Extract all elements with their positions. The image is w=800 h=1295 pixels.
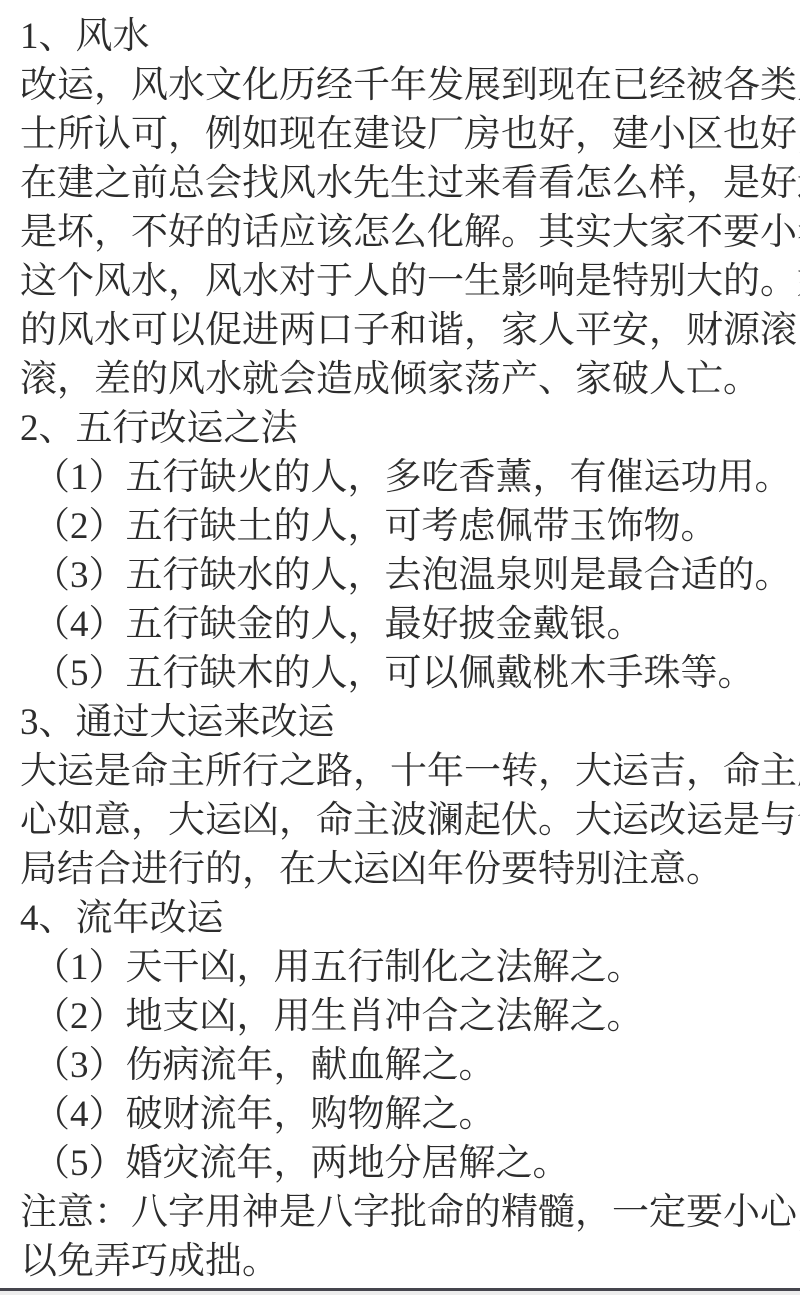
bottom-strip bbox=[0, 1291, 800, 1295]
text-line-item: （4）破财流年，购物解之。 bbox=[0, 1090, 800, 1139]
text-line-body: 是坏，不好的话应该怎么化解。其实大家不要小看 bbox=[0, 208, 800, 257]
text-line-body: 大运是命主所行之路，十年一转，大运吉，命主顺 bbox=[0, 747, 800, 796]
text-line-body: 心如意，大运凶，命主波澜起伏。大运改运是与命 bbox=[0, 796, 800, 845]
document-text: 1、风水改运，风水文化历经千年发展到现在已经被各类人士所认可，例如现在建设厂房也… bbox=[0, 0, 800, 1286]
text-line-item: （2）五行缺土的人，可考虑佩带玉饰物。 bbox=[0, 502, 800, 551]
text-line-heading: 1、风水 bbox=[0, 12, 800, 61]
text-line-item: （5）五行缺木的人，可以佩戴桃木手珠等。 bbox=[0, 649, 800, 698]
text-line-item: （1）五行缺火的人，多吃香薰，有催运功用。 bbox=[0, 453, 800, 502]
text-line-item: （1）天干凶，用五行制化之法解之。 bbox=[0, 943, 800, 992]
page: { "page": { "background_color": "#ffffff… bbox=[0, 0, 800, 1295]
text-line-item: （5）婚灾流年，两地分居解之。 bbox=[0, 1139, 800, 1188]
text-line-body: 这个风水，风水对于人的一生影响是特别大的。好 bbox=[0, 257, 800, 306]
text-line-body: 滚，差的风水就会造成倾家荡产、家破人亡。 bbox=[0, 355, 800, 404]
text-line-note: 注意：八字用神是八字批命的精髓，一定要小心， bbox=[0, 1188, 800, 1237]
text-line-body: 的风水可以促进两口子和谐，家人平安，财源滚 bbox=[0, 306, 800, 355]
text-line-item: （3）五行缺水的人，去泡温泉则是最合适的。 bbox=[0, 551, 800, 600]
text-line-heading: 4、流年改运 bbox=[0, 894, 800, 943]
text-line-heading: 2、五行改运之法 bbox=[0, 404, 800, 453]
text-line-item: （4）五行缺金的人，最好披金戴银。 bbox=[0, 600, 800, 649]
text-line-heading: 3、通过大运来改运 bbox=[0, 698, 800, 747]
text-line-body: 士所认可，例如现在建设厂房也好，建小区也好， bbox=[0, 110, 800, 159]
text-line-body: 在建之前总会找风水先生过来看看怎么样，是好还 bbox=[0, 159, 800, 208]
text-line-item: （3）伤病流年，献血解之。 bbox=[0, 1041, 800, 1090]
text-line-note: 以免弄巧成拙。 bbox=[0, 1237, 800, 1286]
text-line-body: 改运，风水文化历经千年发展到现在已经被各类人 bbox=[0, 61, 800, 110]
text-line-body: 局结合进行的，在大运凶年份要特别注意。 bbox=[0, 845, 800, 894]
text-line-item: （2）地支凶，用生肖冲合之法解之。 bbox=[0, 992, 800, 1041]
